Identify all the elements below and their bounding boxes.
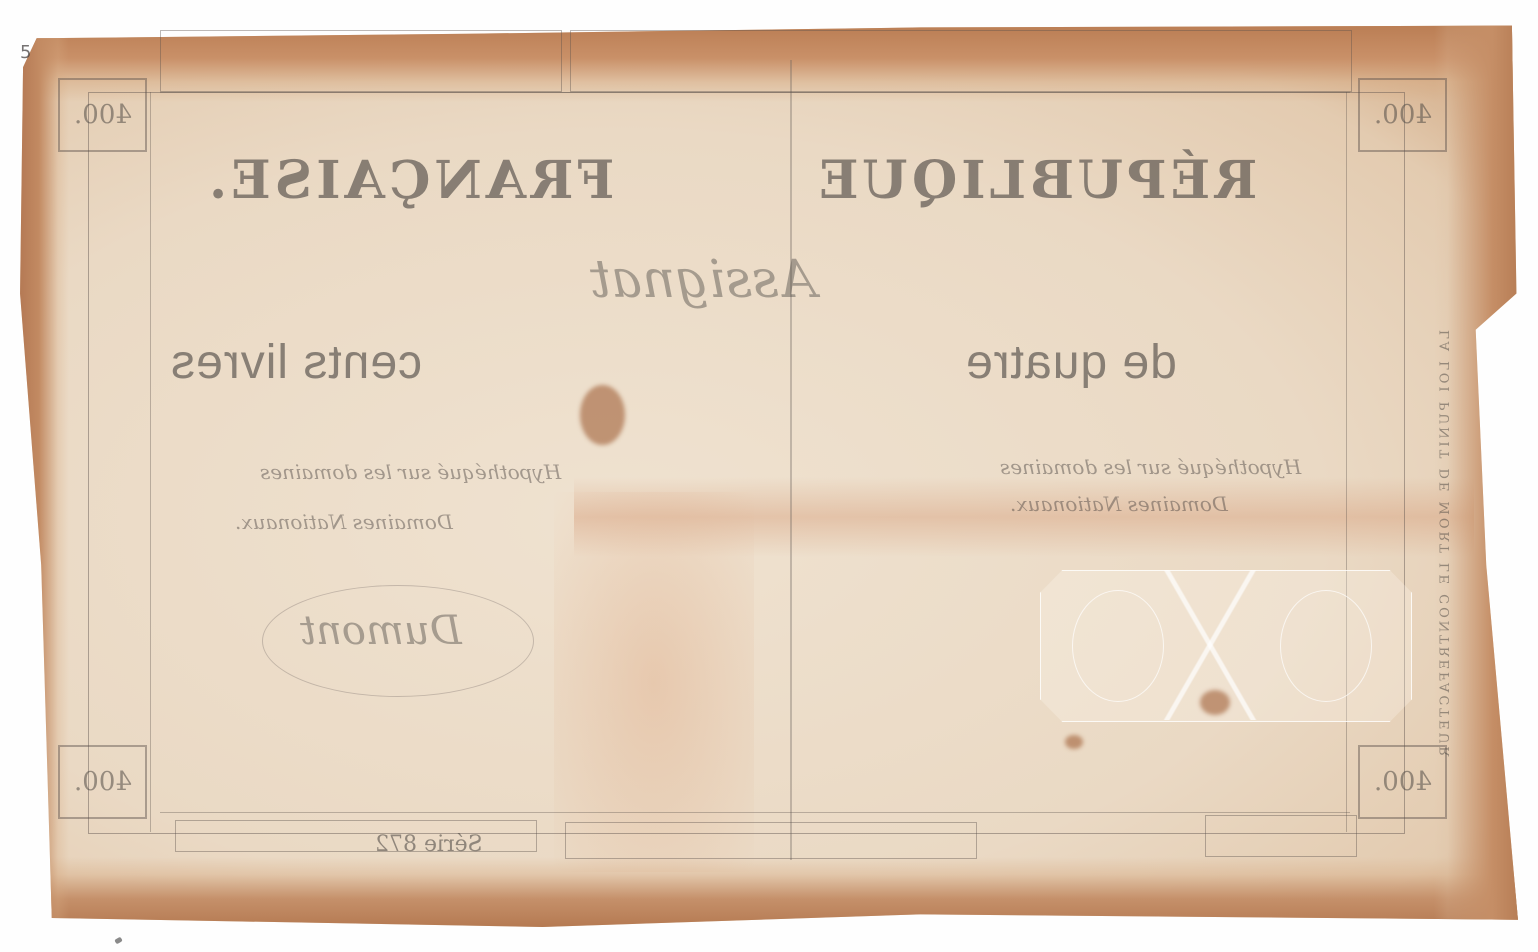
bottom-rule: [160, 812, 1350, 813]
small-text-right-line2: Domaines Nationaux.: [1010, 492, 1228, 516]
dust-speck: [114, 937, 123, 945]
top-rule: [160, 92, 1350, 93]
top-border-box: [570, 30, 1352, 92]
small-text-right-line1: Hypothéqué sur les domaines: [1000, 455, 1301, 479]
top-border-box: [160, 30, 562, 92]
bottom-border-box: [175, 820, 537, 852]
small-text-line2: Domaines Nationaux.: [235, 510, 453, 534]
dry-seal-medallion-right: [1280, 590, 1372, 702]
serial-number: Série 872: [375, 832, 483, 857]
side-legend: LA LOI PUNIT DE MORT LE CONTREFACTEUR: [1438, 330, 1453, 759]
denomination-de-quatre: de quatre: [965, 335, 1177, 390]
header-republique: RÉPUBLIQUE: [815, 150, 1257, 211]
dry-seal-medallion-left: [1072, 590, 1164, 702]
foxing-spot: [1200, 690, 1230, 715]
foxing-spot: [1065, 735, 1083, 749]
header-francaise: FRANÇAISE.: [205, 150, 614, 211]
signature: Dumont: [300, 608, 462, 654]
bottom-border-box: [565, 822, 977, 859]
corner-value-bottom-left: 400.: [58, 745, 147, 819]
denomination-cents-livres: cents livres: [170, 335, 422, 390]
foxing-spot: [580, 385, 625, 445]
center-fold: [790, 60, 792, 860]
corner-value-bottom-right: 400.: [1358, 745, 1447, 819]
stain-bottom-edge: [14, 857, 1524, 927]
small-text-line1: Hypothéqué sur les domaines: [260, 460, 561, 484]
bottom-border-box: [1205, 815, 1357, 857]
pencil-mark: 5: [20, 42, 31, 63]
corner-value-top-left: 400.: [58, 78, 147, 152]
corner-value-top-right: 400.: [1358, 78, 1447, 152]
assignat-script: Assignat: [590, 250, 816, 310]
